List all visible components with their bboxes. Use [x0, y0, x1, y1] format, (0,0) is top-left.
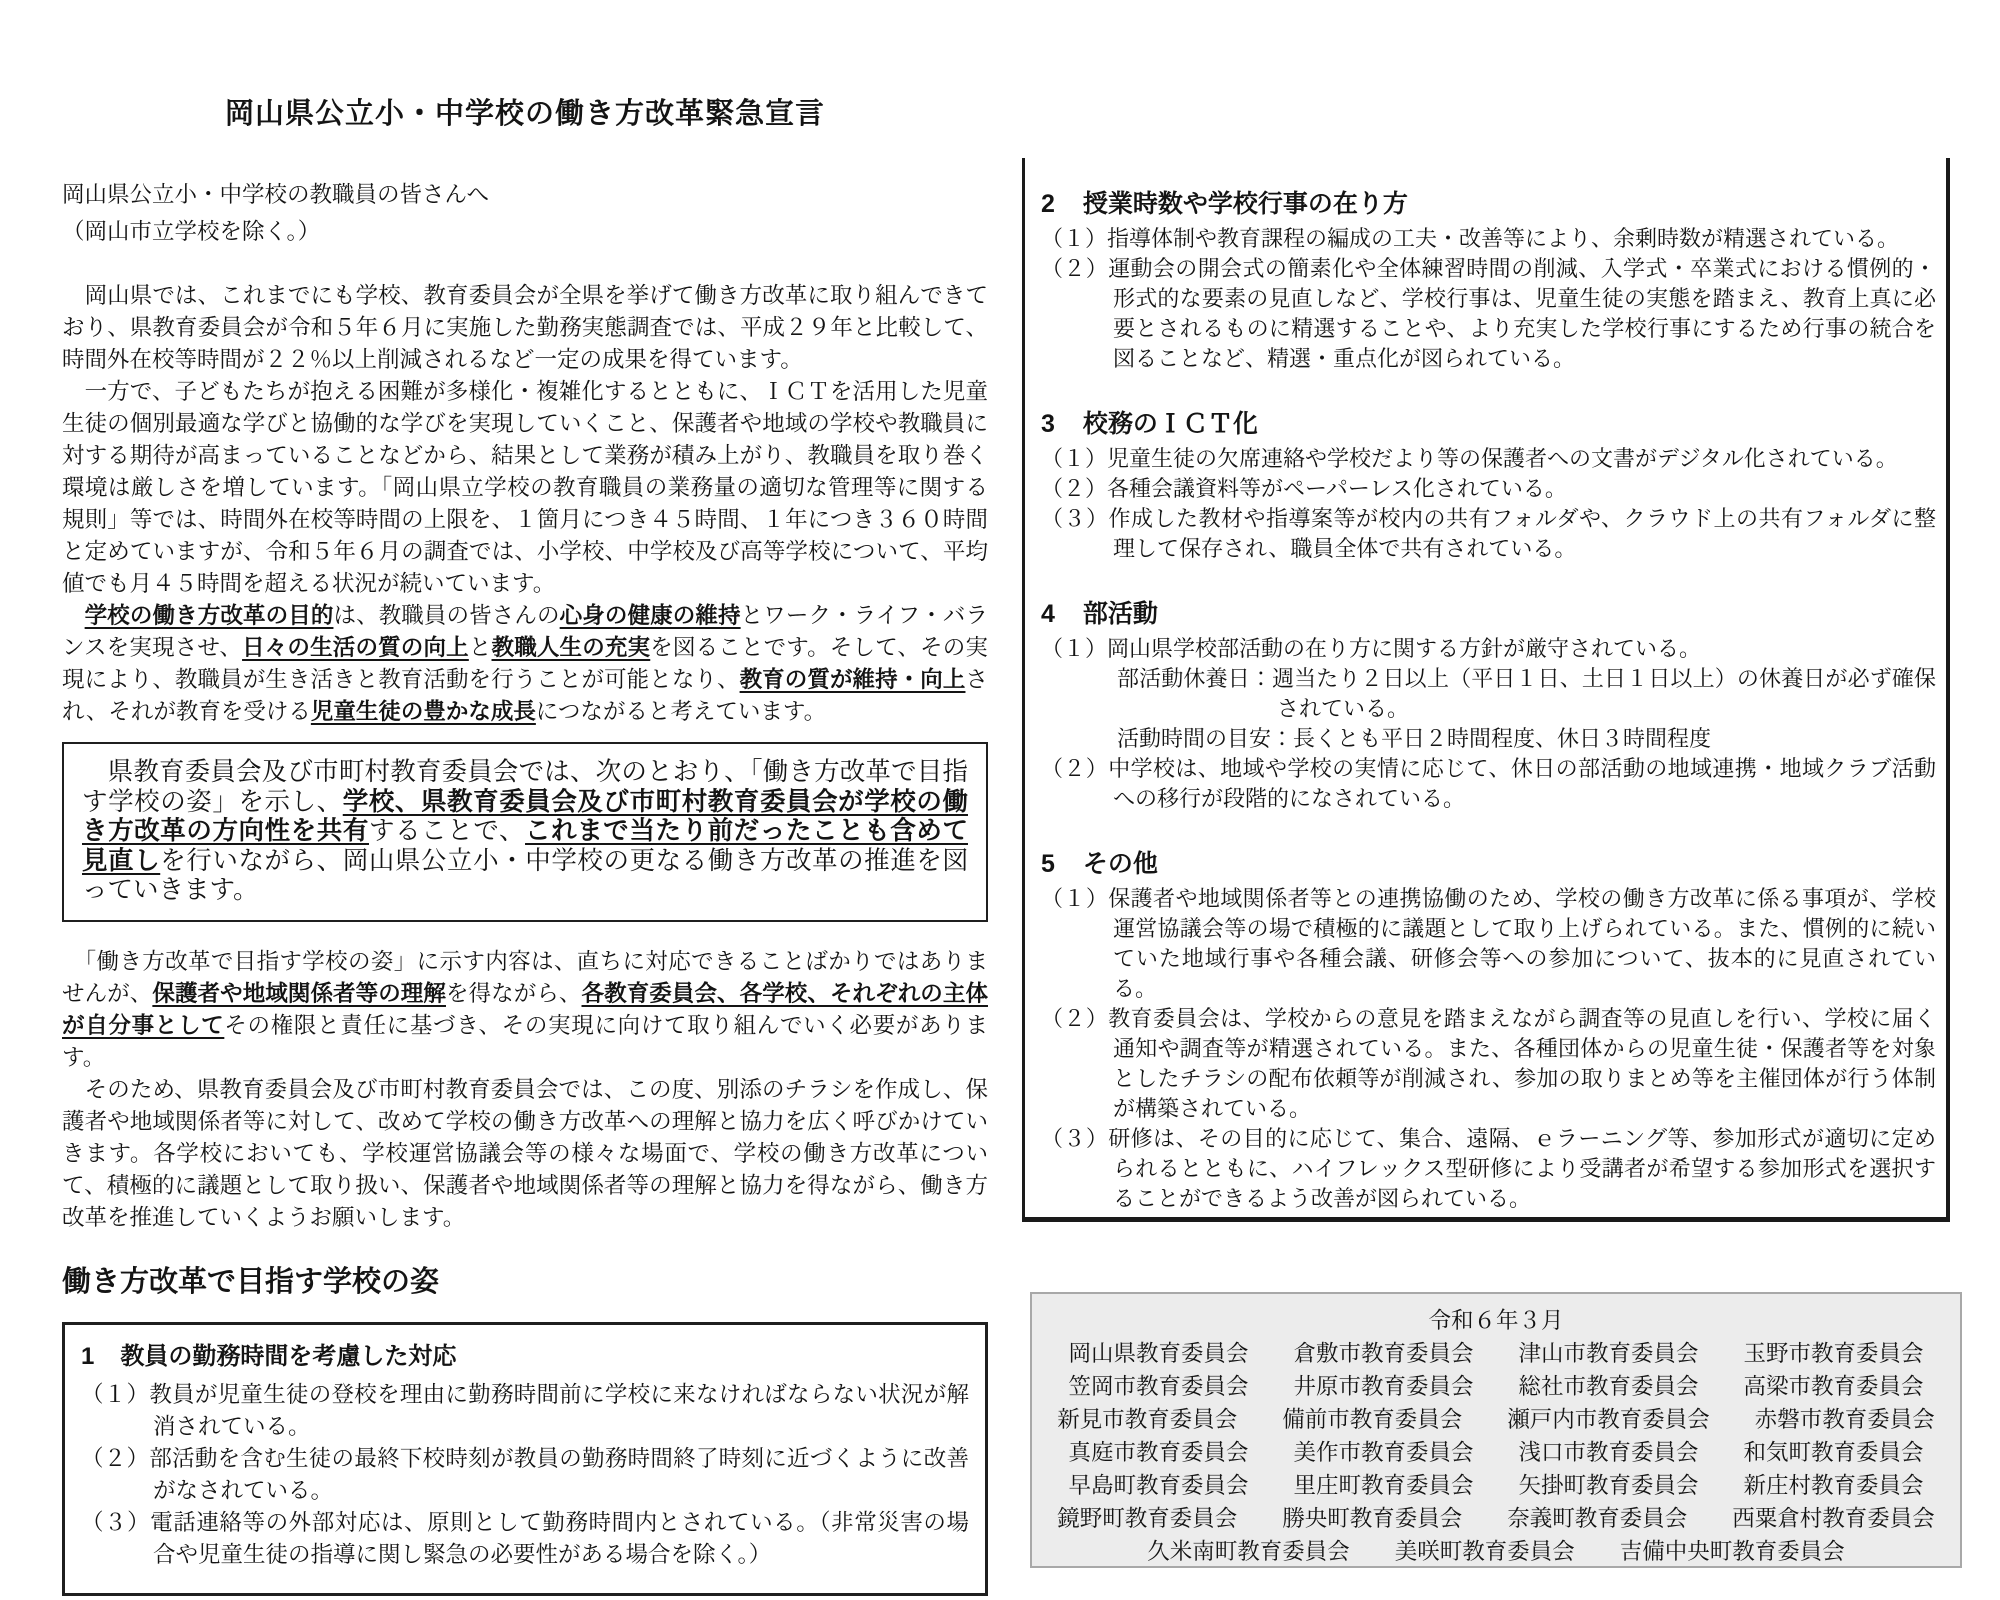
section-4: 4部活動 （１）岡山県学校部活動の在り方に関する方針が厳守されている。 部活動休…	[1041, 598, 1936, 814]
section-1-item-2: （２）部活動を含む生徒の最終下校時刻が教員の勤務時間終了時刻に近づくように改善が…	[81, 1443, 969, 1507]
item-text: 岡山県学校部活動の在り方に関する方針が厳守されている。	[1107, 636, 1701, 661]
committee-row-3: 新見市教育委員会 備前市教育委員会 瀬戸内市教育委員会 赤磐市教育委員会	[1032, 1403, 1960, 1436]
committees-box: 令和６年３月 岡山県教育委員会 倉敷市教育委員会 津山市教育委員会 玉野市教育委…	[1030, 1292, 1962, 1568]
item-text: 保護者や地域関係者等との連携協働のため、学校の働き方改革に係る事項が、学校運営協…	[1108, 886, 1936, 1001]
section-3-item-2: （２）各種会議資料等がペーパーレス化されている。	[1041, 474, 1936, 504]
paragraph-challenges: 一方で、子どもたちが抱える困難が多様化・複雑化するとともに、ＩＣＴを活用した児童…	[62, 376, 988, 600]
paragraph-opening: 岡山県では、これまでにも学校、教育委員会が全県を挙げて働き方改革に取り組んできて…	[62, 280, 988, 376]
item-marker: （２）	[81, 1446, 149, 1471]
section-3: 3校務のＩＣＴ化 （１）児童生徒の欠席連絡や学校だより等の保護者への文書がデジタ…	[1041, 408, 1936, 564]
document-title: 岡山県公立小・中学校の働き方改革緊急宣言	[62, 96, 988, 132]
item-text: 教員が児童生徒の登校を理由に勤務時間前に学校に来なければならない状況が解消されて…	[149, 1382, 969, 1439]
committee-row-6: 鏡野町教育委員会 勝央町教育委員会 奈義町教育委員会 西粟倉村教育委員会	[1032, 1502, 1960, 1535]
section-3-heading: 3校務のＩＣＴ化	[1041, 408, 1936, 440]
item-text: 運動会の開会式の簡素化や全体練習時間の削減、入学式・卒業式における慣例的・形式的…	[1108, 256, 1936, 371]
section-3-title-text: 校務のＩＣＴ化	[1083, 410, 1258, 438]
item-marker: （１）	[1041, 636, 1107, 661]
item-marker: （３）	[1041, 1126, 1108, 1151]
salutation: 岡山県公立小・中学校の教職員の皆さんへ （岡山市立学校を除く。）	[62, 176, 988, 250]
item-text: 児童生徒の欠席連絡や学校だより等の保護者への文書がデジタル化されている。	[1107, 446, 1898, 471]
section-1-number: 1	[81, 1343, 94, 1370]
section-1-item-3: （３）電話連絡等の外部対応は、原則として勤務時間内とされている。（非常災害の場合…	[81, 1507, 969, 1571]
item-marker: （２）	[1041, 256, 1108, 281]
section-1-title: 1教員の勤務時間を考慮した対応	[81, 1339, 969, 1375]
item-marker: （１）	[1041, 886, 1108, 911]
section-4-item-2: （２）中学校は、地域や学校の実情に応じて、休日の部活動の地域連携・地域クラブ活動…	[1041, 754, 1936, 814]
section-4-number: 4	[1041, 600, 1055, 628]
left-column: 岡山県公立小・中学校の働き方改革緊急宣言 岡山県公立小・中学校の教職員の皆さんへ…	[62, 96, 988, 1596]
item-marker: （２）	[1041, 476, 1107, 501]
section-1-box: 1教員の勤務時間を考慮した対応 （１）教員が児童生徒の登校を理由に勤務時間前に学…	[62, 1322, 988, 1596]
item-marker: （３）	[1041, 506, 1109, 531]
item-text: 教育委員会は、学校からの意見を踏まえながら調査等の見直しを行い、学校に届く通知や…	[1108, 1006, 1936, 1121]
section-2-heading: 2授業時数や学校行事の在り方	[1041, 188, 1936, 220]
item-marker: （２）	[1041, 756, 1108, 781]
item-text: 作成した教材や指導案等が校内の共有フォルダや、クラウド上の共有フォルダに整理して…	[1109, 506, 1937, 561]
paragraph-purpose: 学校の働き方改革の目的は、教職員の皆さんの心身の健康の維持とワーク・ライフ・バラ…	[62, 600, 988, 728]
section-5-item-3: （３）研修は、その目的に応じて、集合、遠隔、ｅラーニング等、参加形式が適切に定め…	[1041, 1124, 1936, 1214]
item-text: 研修は、その目的に応じて、集合、遠隔、ｅラーニング等、参加形式が適切に定められる…	[1108, 1126, 1936, 1211]
section-4-heading: 4部活動	[1041, 598, 1936, 630]
footer-date: 令和６年３月	[1032, 1304, 1960, 1337]
item-text: 各種会議資料等がペーパーレス化されている。	[1107, 476, 1567, 501]
section-4-subitem-rest-days: 部活動休養日：週当たり２日以上（平日１日、土日１日以上）の休養日が必ず確保されて…	[1041, 664, 1936, 724]
section-1-title-text: 教員の勤務時間を考慮した対応	[120, 1343, 456, 1370]
item-marker: （１）	[1041, 226, 1107, 251]
section-2: 2授業時数や学校行事の在り方 （１）指導体制や教育課程の編成の工夫・改善等により…	[1041, 188, 1936, 374]
item-text: 電話連絡等の外部対応は、原則として勤務時間内とされている。（非常災害の場合や児童…	[150, 1510, 969, 1567]
section-4-title-text: 部活動	[1083, 600, 1158, 628]
item-marker: （２）	[1041, 1006, 1108, 1031]
section-5-heading: 5その他	[1041, 848, 1936, 880]
section-2-item-1: （１）指導体制や教育課程の編成の工夫・改善等により、余剰時数が精選されている。	[1041, 224, 1936, 254]
committee-row-2: 笠岡市教育委員会 井原市教育委員会 総社市教育委員会 高梁市教育委員会	[1032, 1370, 1960, 1403]
paragraph-ownership: 「働き方改革で目指す学校の姿」に示す内容は、直ちに対応できることばかりではありま…	[62, 946, 988, 1074]
section-5-number: 5	[1041, 850, 1055, 878]
section-5: 5その他 （１）保護者や地域関係者等との連携協働のため、学校の働き方改革に係る事…	[1041, 848, 1936, 1214]
paragraph-request: そのため、県教育委員会及び市町村教育委員会では、この度、別添のチラシを作成し、保…	[62, 1074, 988, 1234]
document-page: 岡山県公立小・中学校の働き方改革緊急宣言 岡山県公立小・中学校の教職員の皆さんへ…	[0, 0, 2000, 1600]
item-marker: （１）	[1041, 446, 1107, 471]
committee-row-4: 真庭市教育委員会 美作市教育委員会 浅口市教育委員会 和気町教育委員会	[1032, 1436, 1960, 1469]
section-4-subitem-activity-hours: 活動時間の目安：長くとも平日２時間程度、休日３時間程度	[1041, 724, 1936, 754]
declaration-box: 県教育委員会及び市町村教育委員会では、次のとおり、「働き方改革で目指す学校の姿」…	[62, 742, 988, 922]
item-text: 部活動を含む生徒の最終下校時刻が教員の勤務時間終了時刻に近づくように改善がなされ…	[149, 1446, 969, 1503]
item-marker: （１）	[81, 1382, 149, 1407]
section-2-number: 2	[1041, 190, 1055, 218]
section-4-item-1: （１）岡山県学校部活動の在り方に関する方針が厳守されている。	[1041, 634, 1936, 664]
section-3-item-1: （１）児童生徒の欠席連絡や学校だより等の保護者への文書がデジタル化されている。	[1041, 444, 1936, 474]
section-2-item-2: （２）運動会の開会式の簡素化や全体練習時間の削減、入学式・卒業式における慣例的・…	[1041, 254, 1936, 374]
salutation-line-2: （岡山市立学校を除く。）	[62, 213, 988, 250]
item-marker: （３）	[81, 1510, 150, 1535]
section-3-number: 3	[1041, 410, 1055, 438]
section-1-item-1: （１）教員が児童生徒の登校を理由に勤務時間前に学校に来なければならない状況が解消…	[81, 1379, 969, 1443]
section-3-item-3: （３）作成した教材や指導案等が校内の共有フォルダや、クラウド上の共有フォルダに整…	[1041, 504, 1936, 564]
goals-right-box: 2授業時数や学校行事の在り方 （１）指導体制や教育課程の編成の工夫・改善等により…	[1022, 158, 1950, 1222]
goal-section-heading: 働き方改革で目指す学校の姿	[62, 1264, 988, 1300]
section-2-title-text: 授業時数や学校行事の在り方	[1083, 190, 1408, 218]
item-text: 中学校は、地域や学校の実情に応じて、休日の部活動の地域連携・地域クラブ活動への移…	[1108, 756, 1936, 811]
committee-row-5: 早島町教育委員会 里庄町教育委員会 矢掛町教育委員会 新庄村教育委員会	[1032, 1469, 1960, 1502]
item-text: 指導体制や教育課程の編成の工夫・改善等により、余剰時数が精選されている。	[1107, 226, 1899, 251]
committee-row-7: 久米南町教育委員会 美咲町教育委員会 吉備中央町教育委員会	[1032, 1535, 1960, 1568]
salutation-line-1: 岡山県公立小・中学校の教職員の皆さんへ	[62, 176, 988, 213]
section-5-title-text: その他	[1083, 850, 1158, 878]
committee-row-1: 岡山県教育委員会 倉敷市教育委員会 津山市教育委員会 玉野市教育委員会	[1032, 1337, 1960, 1370]
section-5-item-1: （１）保護者や地域関係者等との連携協働のため、学校の働き方改革に係る事項が、学校…	[1041, 884, 1936, 1004]
section-5-item-2: （２）教育委員会は、学校からの意見を踏まえながら調査等の見直しを行い、学校に届く…	[1041, 1004, 1936, 1124]
